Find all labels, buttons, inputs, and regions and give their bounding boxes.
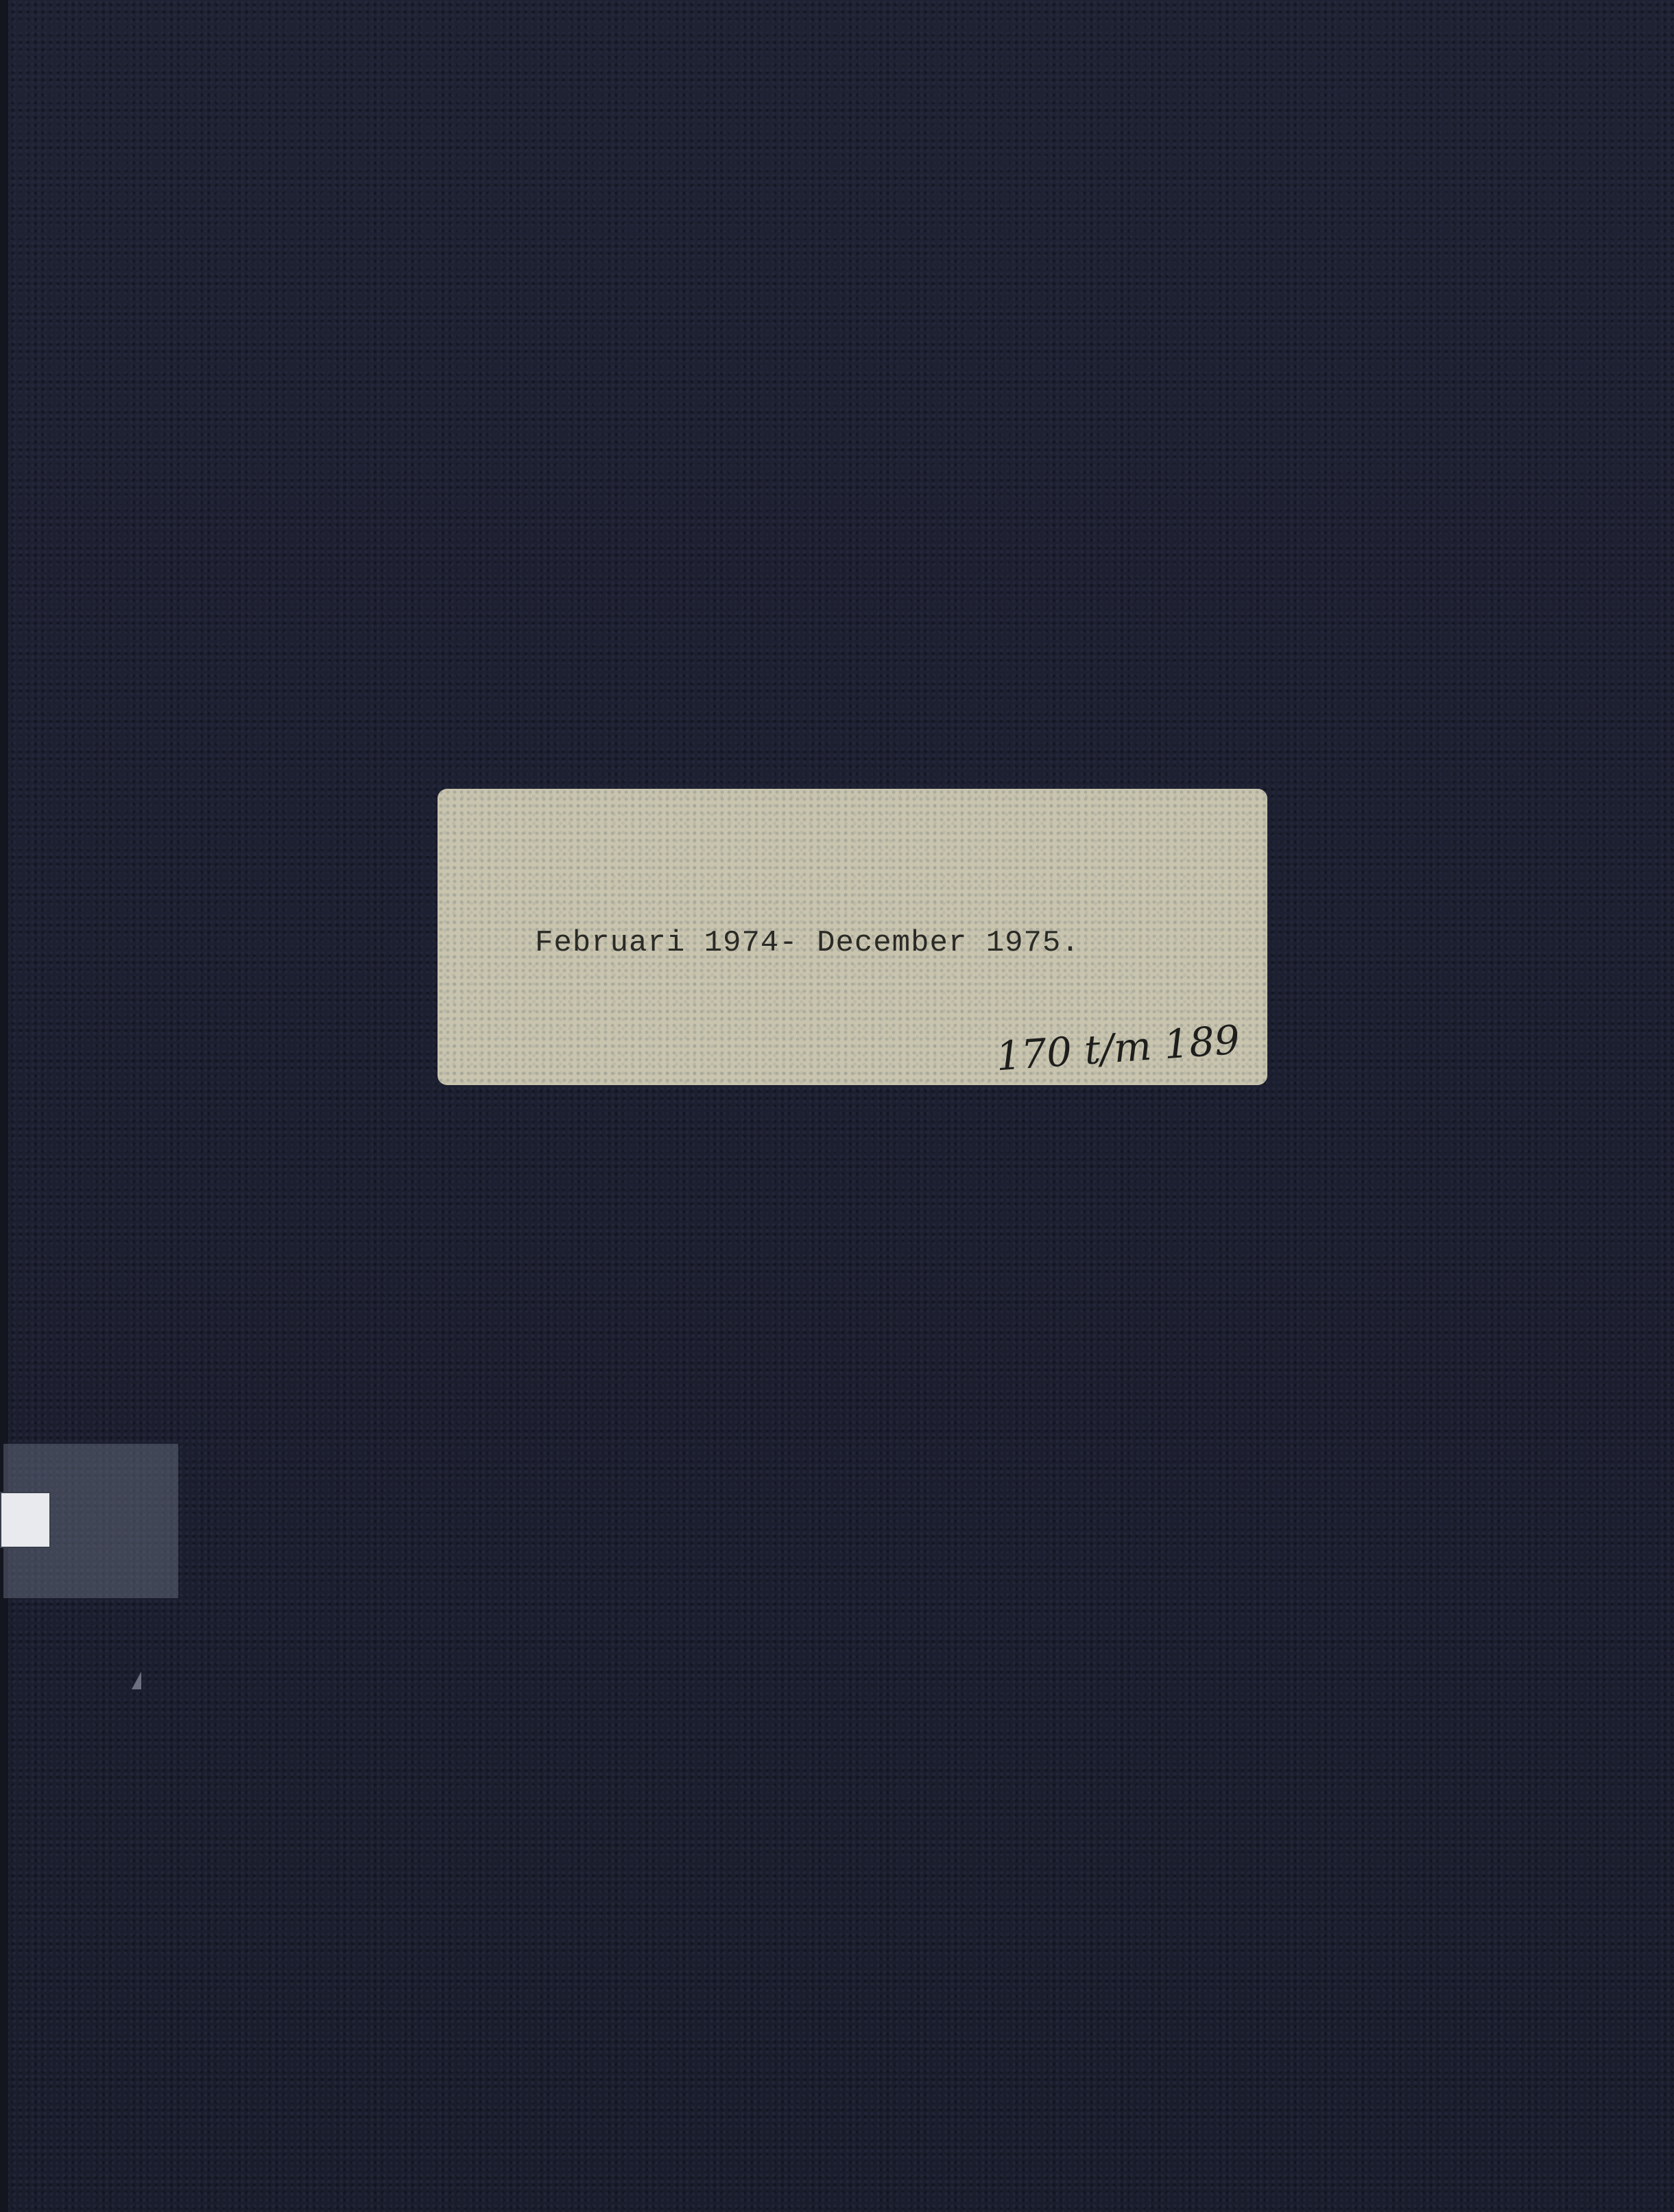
book-cover: Februari 1974- December 1975. 170 t/m 18… [0, 0, 1674, 2212]
cover-label: Februari 1974- December 1975. 170 t/m 18… [438, 789, 1267, 1085]
handwritten-shelfmark: 170 t/m 189 [994, 1016, 1241, 1080]
barcode-patch [0, 1492, 51, 1548]
label-title: Februari 1974- December 1975. [535, 926, 1080, 960]
spine-edge [0, 0, 8, 2212]
scuff-mark [132, 1672, 141, 1689]
